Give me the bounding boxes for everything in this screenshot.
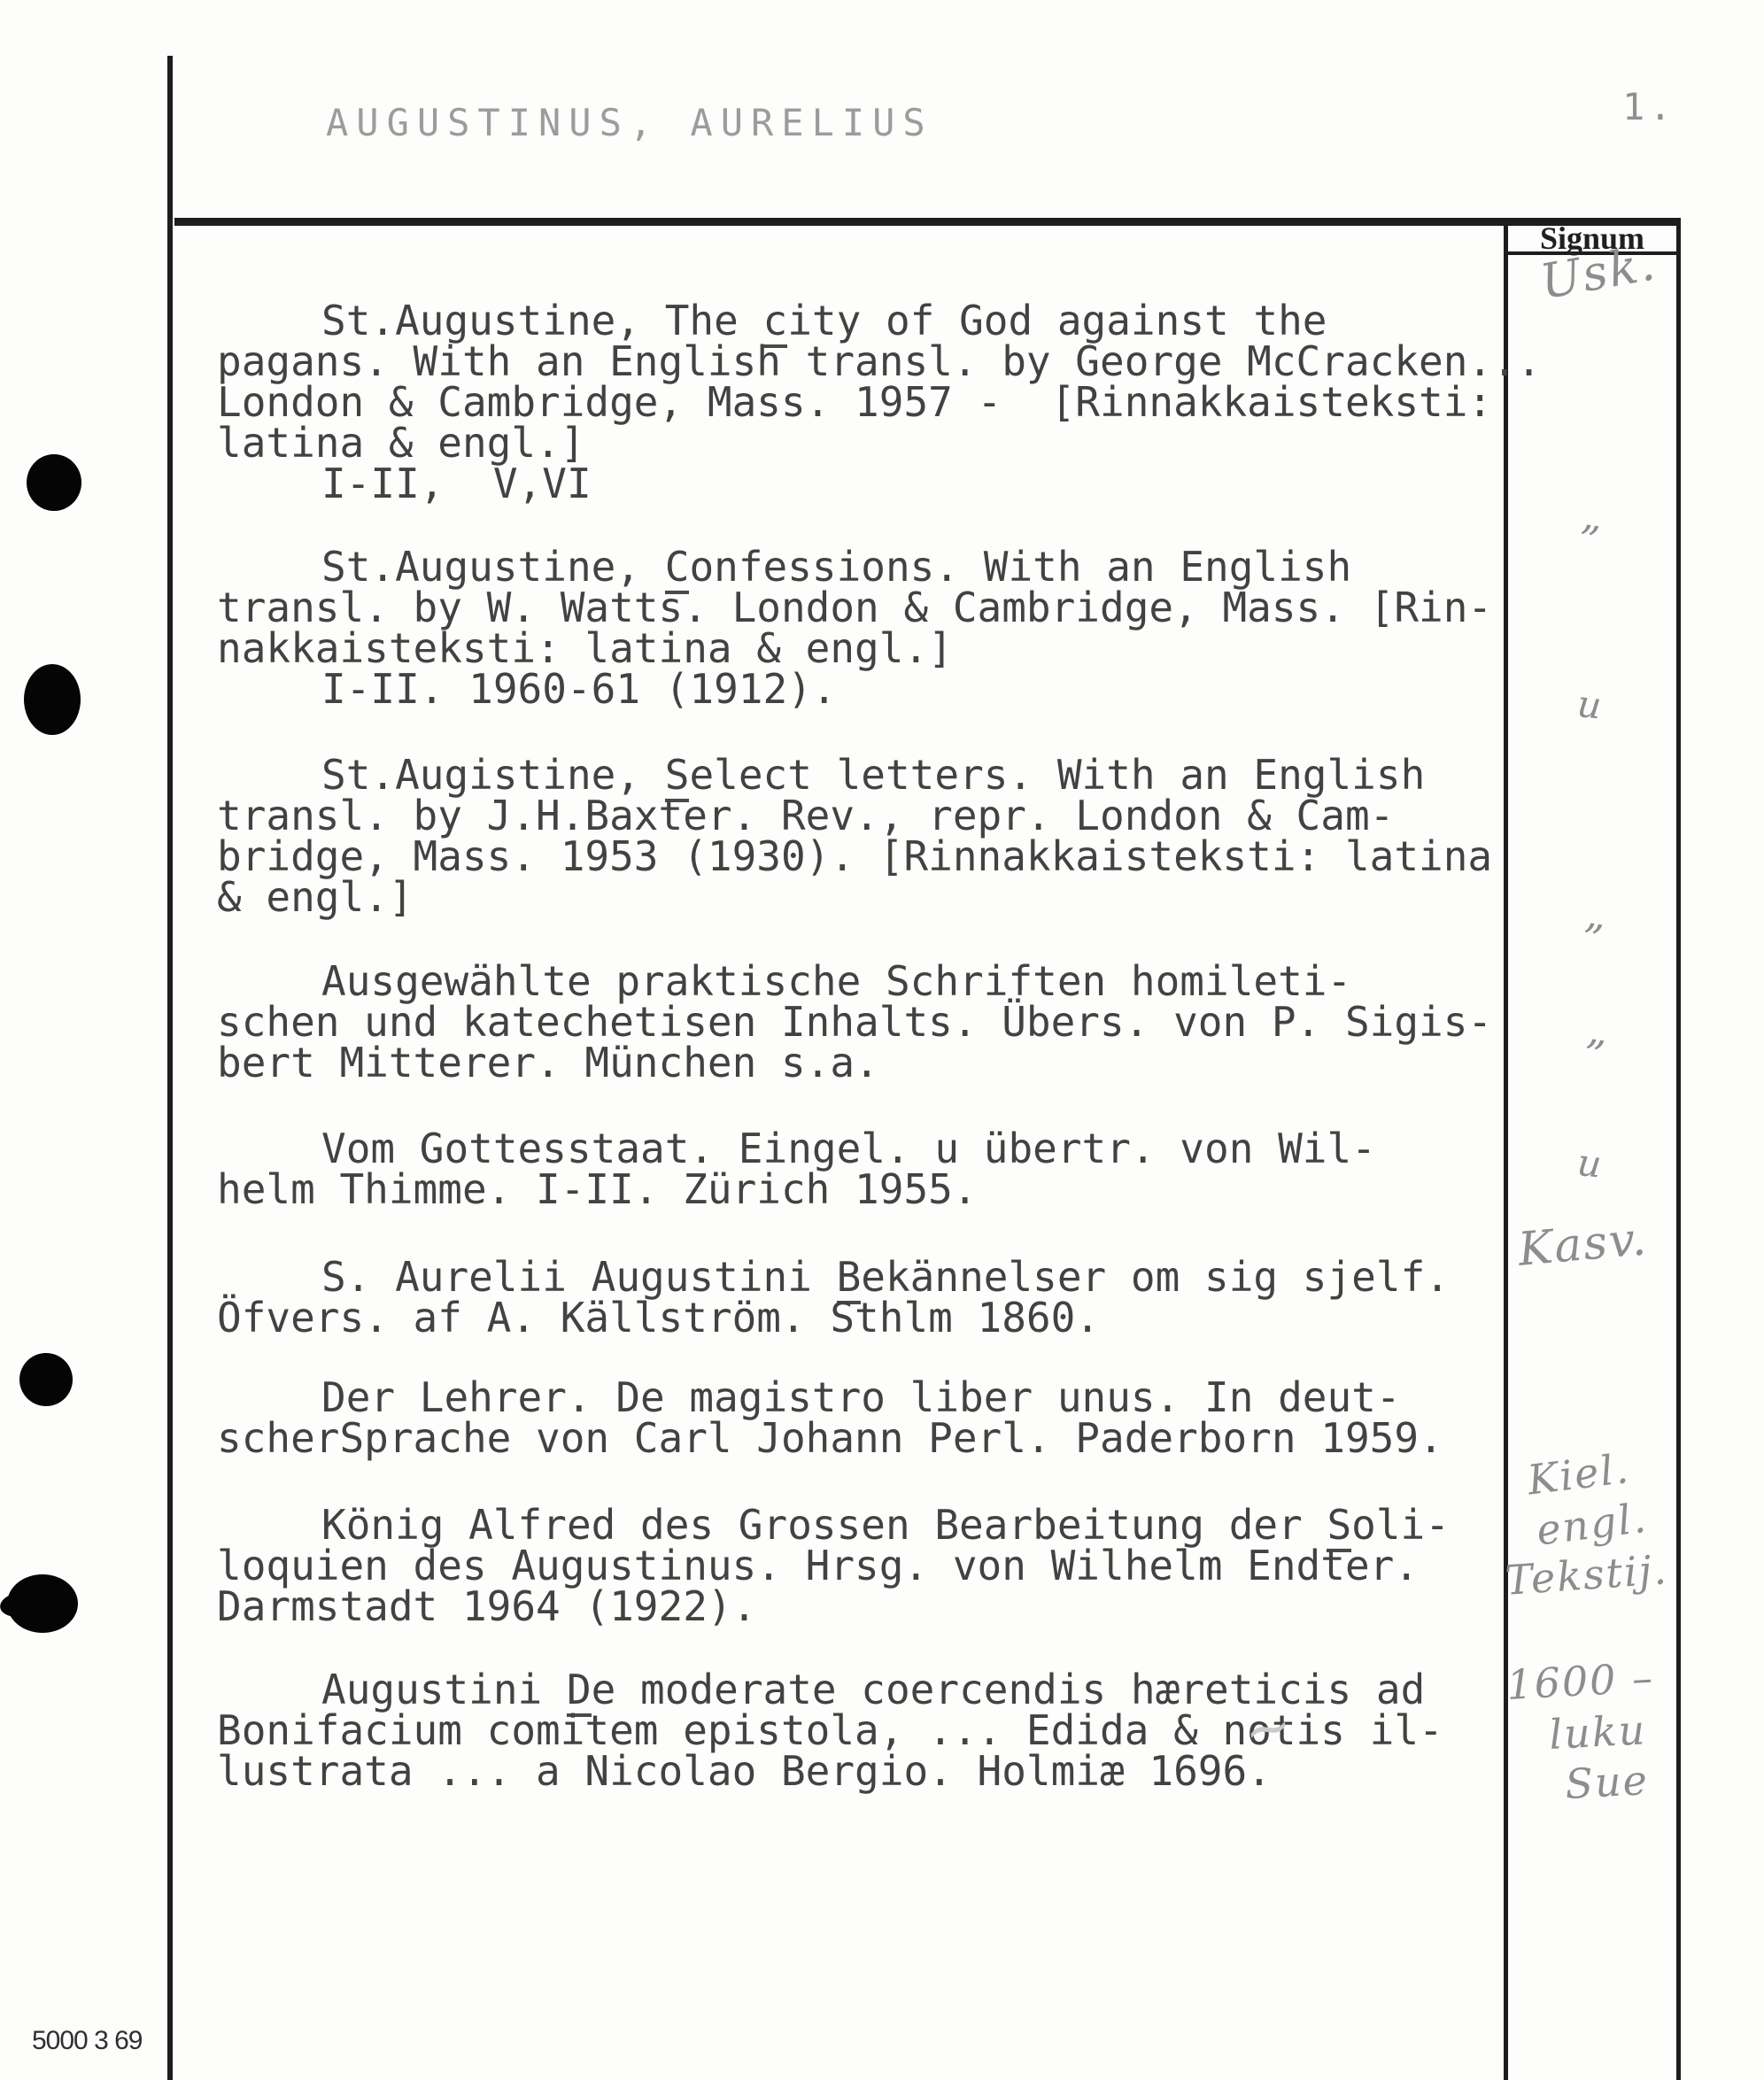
catalog-entry-line: St.Augistine, Select letters. With an En… [217, 754, 1492, 795]
signum-annotation: u [1575, 682, 1605, 728]
catalog-entry: König Alfred des Grossen Bearbeitung der… [217, 1504, 1450, 1627]
catalog-entry: St.Augustine, Confessions. With an Engli… [217, 546, 1492, 709]
catalog-entry-line: St.Augustine, The city of God against th… [217, 300, 1542, 341]
signum-annotation: 1600 – [1505, 1653, 1655, 1709]
catalog-entry-line: Öfvers. af A. Källström. Sthlm 1860. [217, 1297, 1450, 1338]
catalog-card-page: 1. AUGUSTINUS, AURELIUS Signum St.August… [0, 0, 1764, 2080]
catalog-entry-line: König Alfred des Grossen Bearbeitung der… [217, 1504, 1450, 1545]
signum-annotation: ” [1574, 515, 1604, 566]
punch-hole [24, 664, 81, 735]
signum-annotation: u [1575, 1141, 1605, 1187]
catalog-entry: S. Aurelii Augustini Bekännelser om sig … [217, 1257, 1450, 1338]
punch-hole [27, 454, 81, 511]
catalog-entry-line: & engl.] [217, 877, 1492, 917]
catalog-entry-line: S. Aurelii Augustini Bekännelser om sig … [217, 1257, 1450, 1297]
catalog-entry-line: I-II, V,VI [217, 463, 1542, 504]
left-margin-rule [167, 56, 173, 2080]
catalog-entry-line: scherSprache von Carl Johann Perl. Pader… [217, 1418, 1443, 1458]
signum-annotation: Sue [1564, 1756, 1650, 1808]
page-title: AUGUSTINUS, AURELIUS [326, 101, 933, 144]
catalog-entry: St.Augistine, Select letters. With an En… [217, 754, 1492, 917]
catalog-entry-line: Ausgewählte praktische Schriften homilet… [217, 961, 1492, 1001]
form-number: 5000 3 69 [32, 2026, 142, 2056]
signum-annotation: ” [1580, 1030, 1609, 1080]
catalog-entry-line: latina & engl.] [217, 422, 1542, 463]
signum-annotation: engl. [1534, 1494, 1650, 1555]
signum-annotation: ” [1578, 914, 1607, 964]
signum-column-right-rule [1676, 218, 1681, 2080]
punch-hole [19, 1353, 73, 1406]
catalog-entry-line: pagans. With an English transl. by Georg… [217, 341, 1542, 382]
page-number: 1. [1622, 85, 1676, 128]
catalog-entry-line: schen und katechetisen Inhalts. Übers. v… [217, 1001, 1492, 1042]
signum-annotation: Kasv. [1516, 1212, 1650, 1277]
signum-annotation: Kiel. [1525, 1444, 1632, 1504]
catalog-entry-line: I-II. 1960-61 (1912). [217, 669, 1492, 709]
catalog-entry-line: St.Augustine, Confessions. With an Engli… [217, 546, 1492, 587]
catalog-entry: Ausgewählte praktische Schriften homilet… [217, 961, 1492, 1083]
catalog-entry-line: helm Thimme. I-II. Zürich 1955. [217, 1169, 1376, 1210]
catalog-entry-line: bridge, Mass. 1953 (1930). [Rinnakkaiste… [217, 836, 1492, 877]
signum-annotation: Tekstij. [1504, 1545, 1669, 1604]
catalog-entry-line: loquien des Augustinus. Hrsg. von Wilhel… [217, 1545, 1450, 1586]
catalog-entry: Vom Gottesstaat. Eingel. u übertr. von W… [217, 1128, 1376, 1210]
catalog-entry: Der Lehrer. De magistro liber unus. In d… [217, 1377, 1443, 1458]
catalog-entry-line: bert Mitterer. München s.a. [217, 1042, 1492, 1083]
catalog-entry-line: transl. by W. Watts. London & Cambridge,… [217, 587, 1492, 628]
catalog-entry-line: Der Lehrer. De magistro liber unus. In d… [217, 1377, 1443, 1418]
catalog-entry-line: Darmstadt 1964 (1922). [217, 1586, 1450, 1627]
catalog-entry-line: nakkaisteksti: latina & engl.] [217, 628, 1492, 669]
header-divider-rule [174, 218, 1681, 226]
catalog-entry-line: Vom Gottesstaat. Eingel. u übertr. von W… [217, 1128, 1376, 1169]
signum-annotation: luku [1548, 1705, 1648, 1759]
catalog-entry-line: London & Cambridge, Mass. 1957 - [Rinnak… [217, 382, 1542, 422]
catalog-entry-line: transl. by J.H.Baxter. Rev., repr. Londo… [217, 795, 1492, 836]
catalog-entry: St.Augustine, The city of God against th… [217, 300, 1542, 504]
